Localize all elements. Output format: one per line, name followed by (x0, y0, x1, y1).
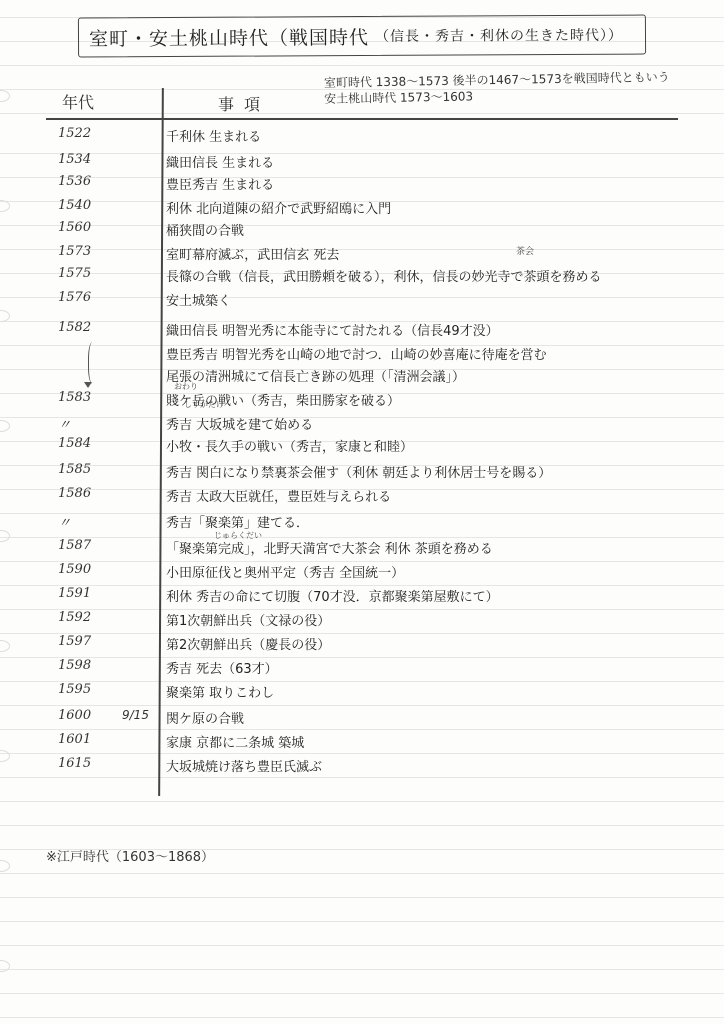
row-event: 第1次朝鮮出兵（文禄の役） (166, 610, 330, 629)
annotation-chakai: 茶会 (516, 244, 534, 257)
row-event: 室町幕府滅ぶ，武田信玄 死去 (166, 244, 339, 263)
row-event: 豊臣秀吉 明智光秀を山崎の地で討つ．山崎の妙喜庵に待庵を営む (166, 344, 547, 363)
row-year: 1598 (58, 658, 91, 673)
row-year: 1591 (58, 586, 91, 601)
table-row: 1598秀吉 死去（63才） (0, 654, 724, 678)
table-row: 1615大坂城焼け落ち豊臣氏滅ぶ (0, 752, 724, 776)
row-year: 〃 (58, 414, 71, 433)
table-row: 1592第1次朝鮮出兵（文禄の役） (0, 606, 724, 630)
table-row: 16009/15関ケ原の合戦 (0, 704, 724, 728)
table-row: 1587「聚楽第完成」，北野天満宮で大茶会 利休 茶頭を務める (0, 534, 724, 558)
row-year: 1601 (58, 732, 91, 747)
table-row: 1590小田原征伐と奥州平定（秀吉 全国統一） (0, 558, 724, 582)
row-year: 1592 (58, 610, 91, 625)
table-row: 1576安土城築く (0, 286, 724, 310)
row-year: 1576 (58, 290, 91, 305)
row-event: 大坂城焼け落ち豊臣氏滅ぶ (166, 756, 322, 775)
row-year: 1586 (58, 486, 91, 501)
row-year: 1536 (58, 174, 91, 189)
ruby-shizugatake: しずがたけ (184, 399, 224, 410)
row-event: 関ケ原の合戦 (166, 708, 244, 727)
row-year: 1522 (58, 126, 91, 141)
table-row: 1522千利休 生まれる (0, 122, 724, 146)
row-event: 小田原征伐と奥州平定（秀吉 全国統一） (166, 562, 404, 581)
row-year: 1575 (58, 266, 91, 281)
row-event: 千利休 生まれる (166, 126, 261, 145)
period-note: 室町時代 1338～1573 後半の1467～1573を戦国時代ともいう 安土桃… (324, 69, 670, 107)
row-year: 1584 (58, 436, 91, 451)
table-row: 1597第2次朝鮮出兵（慶長の役） (0, 630, 724, 654)
table-row: 1534織田信長 生まれる (0, 148, 724, 172)
row-year: 1600 (58, 708, 91, 723)
row-event: 桶狭間の合戦 (166, 220, 244, 239)
row-year: 1585 (58, 462, 91, 477)
table-row: 1601家康 京都に二条城 築城 (0, 728, 724, 752)
table-row: 1536豊臣秀吉 生まれる (0, 170, 724, 194)
edo-period-footnote: ※江戸時代（1603～1868） (46, 846, 214, 865)
row-year: 1573 (58, 244, 91, 259)
row-event: 利休 北向道陳の紹介で武野紹鴎に入門 (166, 198, 391, 217)
row-event: 長篠の合戦（信長，武田勝頼を破る），利休，信長の妙光寺で茶頭を務める (166, 266, 602, 285)
row-event: 織田信長 生まれる (166, 152, 274, 171)
row-year: 1560 (58, 220, 91, 235)
row-year: 1597 (58, 634, 91, 649)
row-year: 1583 (58, 390, 91, 405)
table-row: 豊臣秀吉 明智光秀を山崎の地で討つ．山崎の妙喜庵に待庵を営む (0, 340, 724, 364)
row-year: 〃 (58, 512, 71, 531)
table-row: 1583賤ケ岳の戦い（秀吉，柴田勝家を破る） (0, 386, 724, 410)
row-event: 第2次朝鮮出兵（慶長の役） (166, 634, 330, 653)
table-row: 尾張の清洲城にて信長亡き跡の処理（「清洲会議」） (0, 362, 724, 386)
row-year: 1595 (58, 682, 91, 697)
row-event: 秀吉 関白になり禁裏茶会催す（利休 朝廷より利休居士号を賜る） (166, 462, 551, 481)
table-row: 1595聚楽第 取りこわし (0, 678, 724, 702)
table-row: 1575長篠の合戦（信長，武田勝頼を破る），利休，信長の妙光寺で茶頭を務める (0, 262, 724, 286)
table-row: 1573室町幕府滅ぶ，武田信玄 死去 (0, 240, 724, 264)
table-row: 1586秀吉 太政大臣就任，豊臣姓与えられる (0, 482, 724, 506)
row-event: 秀吉 死去（63才） (166, 658, 278, 677)
table-row: 1591利休 秀吉の命にて切腹（70才没．京都聚楽第屋敷にて） (0, 582, 724, 606)
ruby-jurakudai: じゅらくだい (214, 530, 262, 541)
table-row: 〃秀吉「聚楽第」建てる． (0, 508, 724, 532)
table-row: 1584小牧・長久手の戦い（秀吉，家康と和睦） (0, 432, 724, 456)
row-event: 安土城築く (166, 290, 231, 309)
table-row: 1560桶狭間の合戦 (0, 216, 724, 240)
page-title-sub: （信長・秀吉・利休の生きた時代）） (375, 25, 623, 46)
row-event: 聚楽第 取りこわし (166, 682, 274, 701)
row-event: 利休 秀吉の命にて切腹（70才没．京都聚楽第屋敷にて） (166, 586, 499, 605)
page-title-main: 室町・安土桃山時代（戦国時代 (89, 22, 369, 50)
table-row: 〃秀吉 大坂城を建て始める (0, 410, 724, 434)
row-year: 1540 (58, 198, 91, 213)
row-year: 1534 (58, 152, 91, 167)
table-row: 1585秀吉 関白になり禁裏茶会催す（利休 朝廷より利休居士号を賜る） (0, 458, 724, 482)
row-event: 家康 京都に二条城 築城 (166, 732, 304, 751)
column-header-event: 事項 (218, 92, 270, 115)
row-event: 秀吉 太政大臣就任，豊臣姓与えられる (166, 486, 391, 505)
row-event: 尾張の清洲城にて信長亡き跡の処理（「清洲会議」） (166, 366, 465, 385)
row-year: 1615 (58, 756, 91, 771)
page-title-box: 室町・安土桃山時代（戦国時代 （信長・秀吉・利休の生きた時代）） (78, 15, 646, 58)
row-event: 豊臣秀吉 生まれる (166, 174, 274, 193)
row-year: 1582 (58, 320, 91, 335)
row-event: 秀吉 大坂城を建て始める (166, 414, 313, 433)
row-date: 9/15 (122, 708, 149, 722)
row-year: 1587 (58, 538, 91, 553)
table-row: 1540利休 北向道陳の紹介で武野紹鴎に入門 (0, 194, 724, 218)
header-divider (46, 118, 678, 120)
column-header-year: 年代 (62, 90, 94, 113)
row-event: 小牧・長久手の戦い（秀吉，家康と和睦） (166, 436, 413, 455)
row-event: 織田信長 明智光秀に本能寺にて討たれる（信長49才没） (166, 320, 499, 339)
row-event: 秀吉「聚楽第」建てる． (166, 512, 309, 531)
row-year: 1590 (58, 562, 91, 577)
table-row: 1582織田信長 明智光秀に本能寺にて討たれる（信長49才没） (0, 316, 724, 340)
ruby-owari: おわり (174, 381, 198, 392)
